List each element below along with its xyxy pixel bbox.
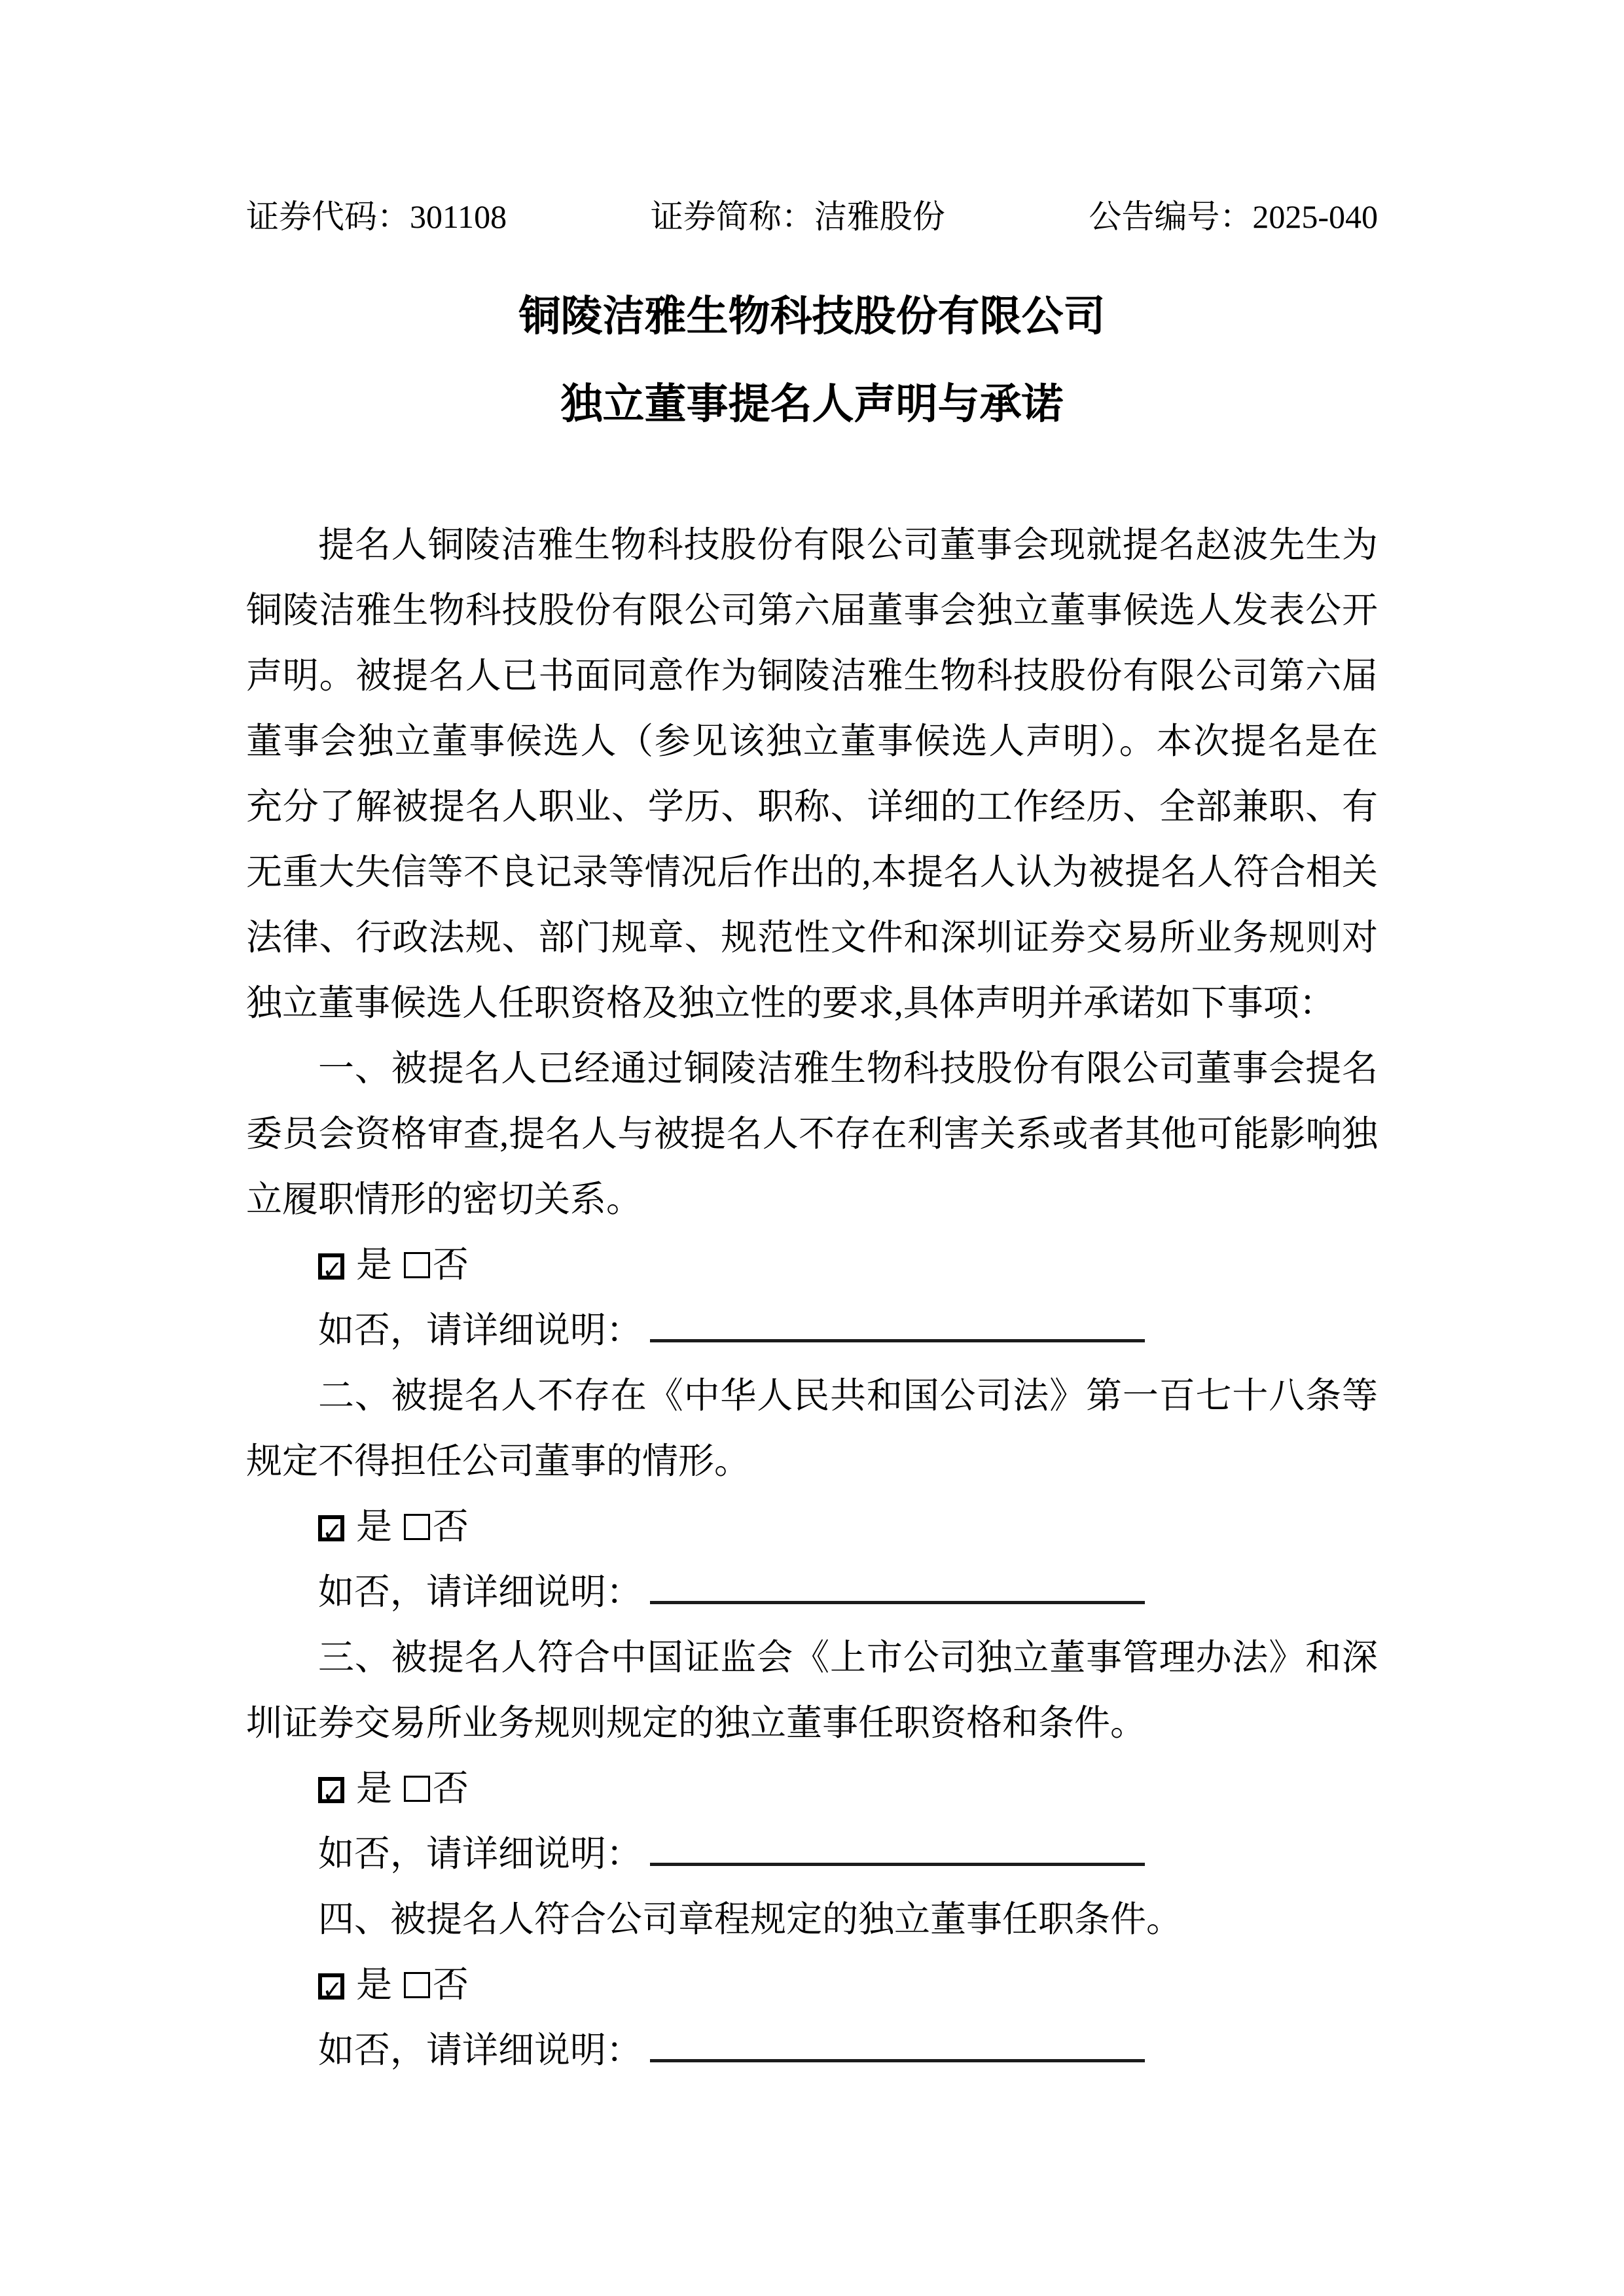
item-3-explain-row: 如否，请详细说明： [246, 1821, 1378, 1887]
item-2-checkbox-row: ✓是✓否 [246, 1494, 1378, 1560]
item-4-statement: 四、被提名人符合公司章程规定的独立董事任职条件。 [246, 1887, 1378, 1952]
item-1-yes-checkbox[interactable]: ✓ [318, 1253, 344, 1280]
item-4-no-checkbox[interactable]: ✓ [404, 1972, 430, 1998]
item-1-statement: 一、被提名人已经通过铜陵洁雅生物科技股份有限公司董事会提名委员会资格审查,提名人… [246, 1036, 1378, 1232]
check-mark-icon: ✓ [322, 1975, 343, 2004]
no-label: 否 [433, 1965, 469, 2005]
document-body: 提名人铜陵洁雅生物科技股份有限公司董事会现就提名赵波先生为铜陵洁雅生物科技股份有… [246, 512, 1378, 2083]
item-2-yes-checkbox[interactable]: ✓ [318, 1515, 344, 1541]
document-header: 证券代码：301108 证券简称：洁雅股份 公告编号：2025-040 [246, 198, 1378, 235]
check-mark-icon: ✓ [322, 1517, 343, 1546]
yes-label: 是 [356, 1965, 392, 2005]
item-4-explanation-blank[interactable] [650, 2025, 1145, 2062]
item-1-explain-row: 如否，请详细说明： [246, 1298, 1378, 1363]
item-1-checkbox-row: ✓是✓否 [246, 1232, 1378, 1298]
item-1-no-checkbox[interactable]: ✓ [404, 1252, 430, 1278]
document-title: 独立董事提名人声明与承诺 [0, 381, 1624, 428]
intro-paragraph: 提名人铜陵洁雅生物科技股份有限公司董事会现就提名赵波先生为铜陵洁雅生物科技股份有… [246, 512, 1378, 1036]
item-3-no-checkbox[interactable]: ✓ [404, 1776, 430, 1802]
no-label: 否 [433, 1245, 469, 1285]
yes-label: 是 [356, 1768, 392, 1808]
item-2-no-checkbox[interactable]: ✓ [404, 1514, 430, 1540]
no-label: 否 [433, 1507, 469, 1547]
item-3-explanation-blank[interactable] [650, 1829, 1145, 1866]
item-2-explanation-blank[interactable] [650, 1567, 1145, 1604]
explain-prompt-label: 如否，请详细说明： [318, 1834, 642, 1874]
item-2-statement: 二、被提名人不存在《中华人民共和国公司法》第一百七十八条等规定不得担任公司董事的… [246, 1363, 1378, 1494]
check-mark-icon: ✓ [322, 1779, 343, 1808]
item-3-checkbox-row: ✓是✓否 [246, 1756, 1378, 1821]
explain-prompt-label: 如否，请详细说明： [318, 1310, 642, 1350]
item-3-statement: 三、被提名人符合中国证监会《上市公司独立董事管理办法》和深圳证券交易所业务规则规… [246, 1625, 1378, 1756]
item-4-yes-checkbox[interactable]: ✓ [318, 1973, 344, 2000]
announcement-page: 证券代码：301108 证券简称：洁雅股份 公告编号：2025-040 铜陵洁雅… [0, 0, 1624, 2296]
stock-short-name-text: 证券简称：洁雅股份 [651, 198, 945, 235]
stock-code-text: 证券代码：301108 [246, 198, 507, 235]
no-label: 否 [433, 1768, 469, 1808]
yes-label: 是 [356, 1245, 392, 1285]
item-3-yes-checkbox[interactable]: ✓ [318, 1777, 344, 1803]
company-name-title: 铜陵洁雅生物科技股份有限公司 [0, 293, 1624, 340]
yes-label: 是 [356, 1507, 392, 1547]
explain-prompt-label: 如否，请详细说明： [318, 1572, 642, 1612]
check-mark-icon: ✓ [322, 1255, 343, 1284]
item-4-explain-row: 如否，请详细说明： [246, 2018, 1378, 2083]
item-2-explain-row: 如否，请详细说明： [246, 1560, 1378, 1625]
item-4-checkbox-row: ✓是✓否 [246, 1952, 1378, 2018]
item-1-explanation-blank[interactable] [650, 1305, 1145, 1342]
announcement-number-text: 公告编号：2025-040 [1089, 198, 1378, 235]
explain-prompt-label: 如否，请详细说明： [318, 2030, 642, 2070]
